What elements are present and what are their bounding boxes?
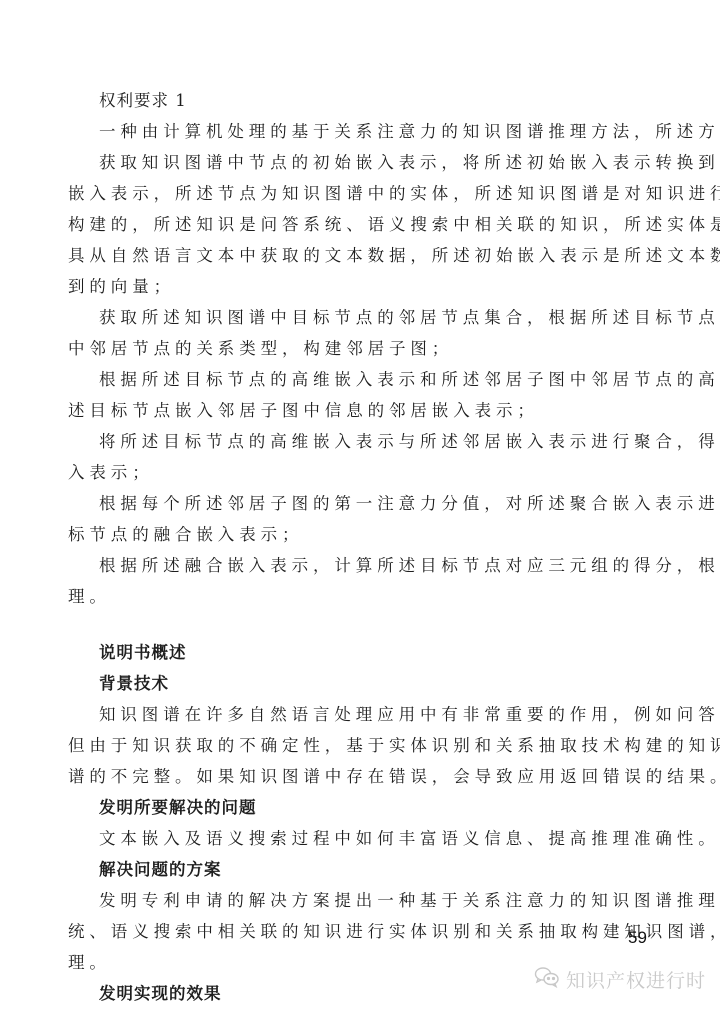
background-line: 但由于知识获取的不确定性，基于实体识别和关系抽取技术构建的知识图谱，会导致知识图 [68,730,654,761]
claims-line: 获取知识图谱中节点的初始嵌入表示，将所述初始嵌入表示转换到高维空间，得到高维 [68,147,654,178]
summary-title: 说明书概述 [68,637,654,668]
watermark-text: 知识产权进行时 [566,966,706,993]
solution-line: 发明专利申请的解决方案提出一种基于关系注意力的知识图谱推理方法，通过对问答系 [68,885,654,916]
claims-line: 标节点的融合嵌入表示； [68,519,654,550]
claims-line: 述目标节点嵌入邻居子图中信息的邻居嵌入表示； [68,395,654,426]
claims-line: 一种由计算机处理的基于关系注意力的知识图谱推理方法，所述方法包括： [68,116,654,147]
section-gap [68,612,654,637]
claims-line: 将所述目标节点的高维嵌入表示与所述邻居嵌入表示进行聚合，得到目标节点的聚合嵌 [68,426,654,457]
claims-line: 入表示； [68,457,654,488]
claims-line: 嵌入表示，所述节点为知识图谱中的实体，所述知识图谱是对知识进行实体识别和关系抽取 [68,178,654,209]
background-heading: 背景技术 [68,668,654,699]
claims-body: 一种由计算机处理的基于关系注意力的知识图谱推理方法，所述方法包括： 获取知识图谱… [68,116,654,612]
background-line: 谱的不完整。如果知识图谱中存在错误，会导致应用返回错误的结果。 [68,761,654,792]
claims-line: 根据每个所述邻居子图的第一注意力分值，对所述聚合嵌入表示进行融合，得到所述目 [68,488,654,519]
problem-line: 文本嵌入及语义搜索过程中如何丰富语义信息、提高推理准确性。 [68,823,654,854]
page-number: 59 [628,928,647,948]
claims-line: 构建的，所述知识是问答系统、语义搜索中相关联的知识，所述实体是利用命名实体识别工 [68,209,654,240]
solution-line: 统、语义搜索中相关联的知识进行实体识别和关系抽取构建知识图谱，从而进行知识图谱推 [68,916,654,947]
problem-heading: 发明所要解决的问题 [68,792,654,823]
claims-line: 到的向量； [68,271,654,302]
watermark: 知识产权进行时 [534,966,706,993]
claims-line: 中邻居节点的关系类型，构建邻居子图； [68,333,654,364]
claims-line: 根据所述融合嵌入表示，计算所述目标节点对应三元组的得分，根据得分进行三元组推 [68,550,654,581]
document-page: 权利要求 1 一种由计算机处理的基于关系注意力的知识图谱推理方法，所述方法包括：… [68,85,654,1009]
claims-line: 根据所述目标节点的高维嵌入表示和所述邻居子图中邻居节点的高维嵌入表示，得到所 [68,364,654,395]
wechat-icon [534,966,560,993]
claims-line: 获取所述知识图谱中目标节点的邻居节点集合，根据所述目标节点与所述邻居节点集合 [68,302,654,333]
claims-line: 具从自然语言文本中获取的文本数据，所述初始嵌入表示是所述文本数据通过词嵌入模型得 [68,240,654,271]
claims-line: 理。 [68,581,654,612]
solution-heading: 解决问题的方案 [68,854,654,885]
background-line: 知识图谱在许多自然语言处理应用中有非常重要的作用，例如问答系统、语义搜索等。 [68,699,654,730]
claims-title: 权利要求 1 [68,85,654,116]
